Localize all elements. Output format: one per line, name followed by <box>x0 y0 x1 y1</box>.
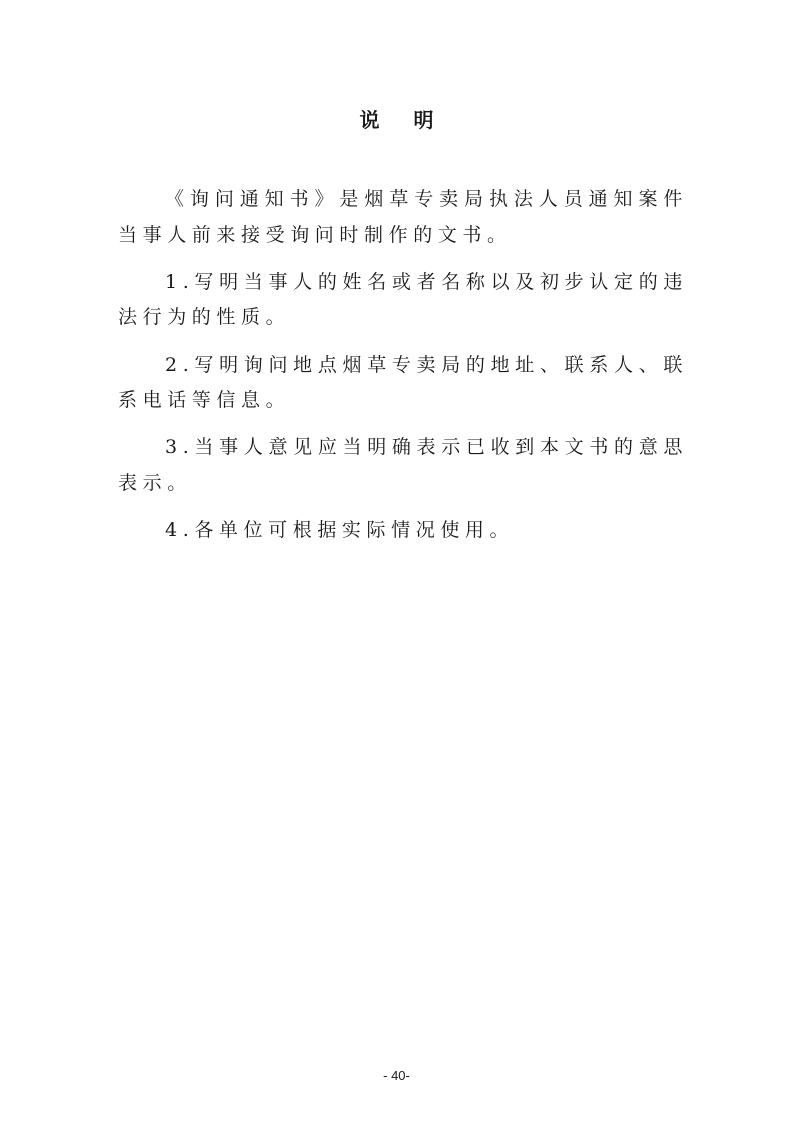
note-item-1: 1.写明当事人的姓名或者名称以及初步认定的违法行为的性质。 <box>118 265 688 336</box>
title-char-1: 说 <box>360 104 380 133</box>
intro-paragraph: 《询问通知书》是烟草专卖局执法人员通知案件当事人前来接受询问时制作的文书。 <box>118 182 688 253</box>
document-body: 《询问通知书》是烟草专卖局执法人员通知案件当事人前来接受询问时制作的文书。 1.… <box>118 182 688 560</box>
page-number: - 40- <box>0 1068 793 1083</box>
note-item-3: 3.当事人意见应当明确表示已收到本文书的意思表示。 <box>118 430 688 501</box>
note-item-2: 2.写明询问地点烟草专卖局的地址、联系人、联系电话等信息。 <box>118 348 688 419</box>
note-item-4: 4.各单位可根据实际情况使用。 <box>118 513 688 549</box>
title-char-2: 明 <box>414 104 434 133</box>
page-title: 说明 <box>0 104 793 133</box>
